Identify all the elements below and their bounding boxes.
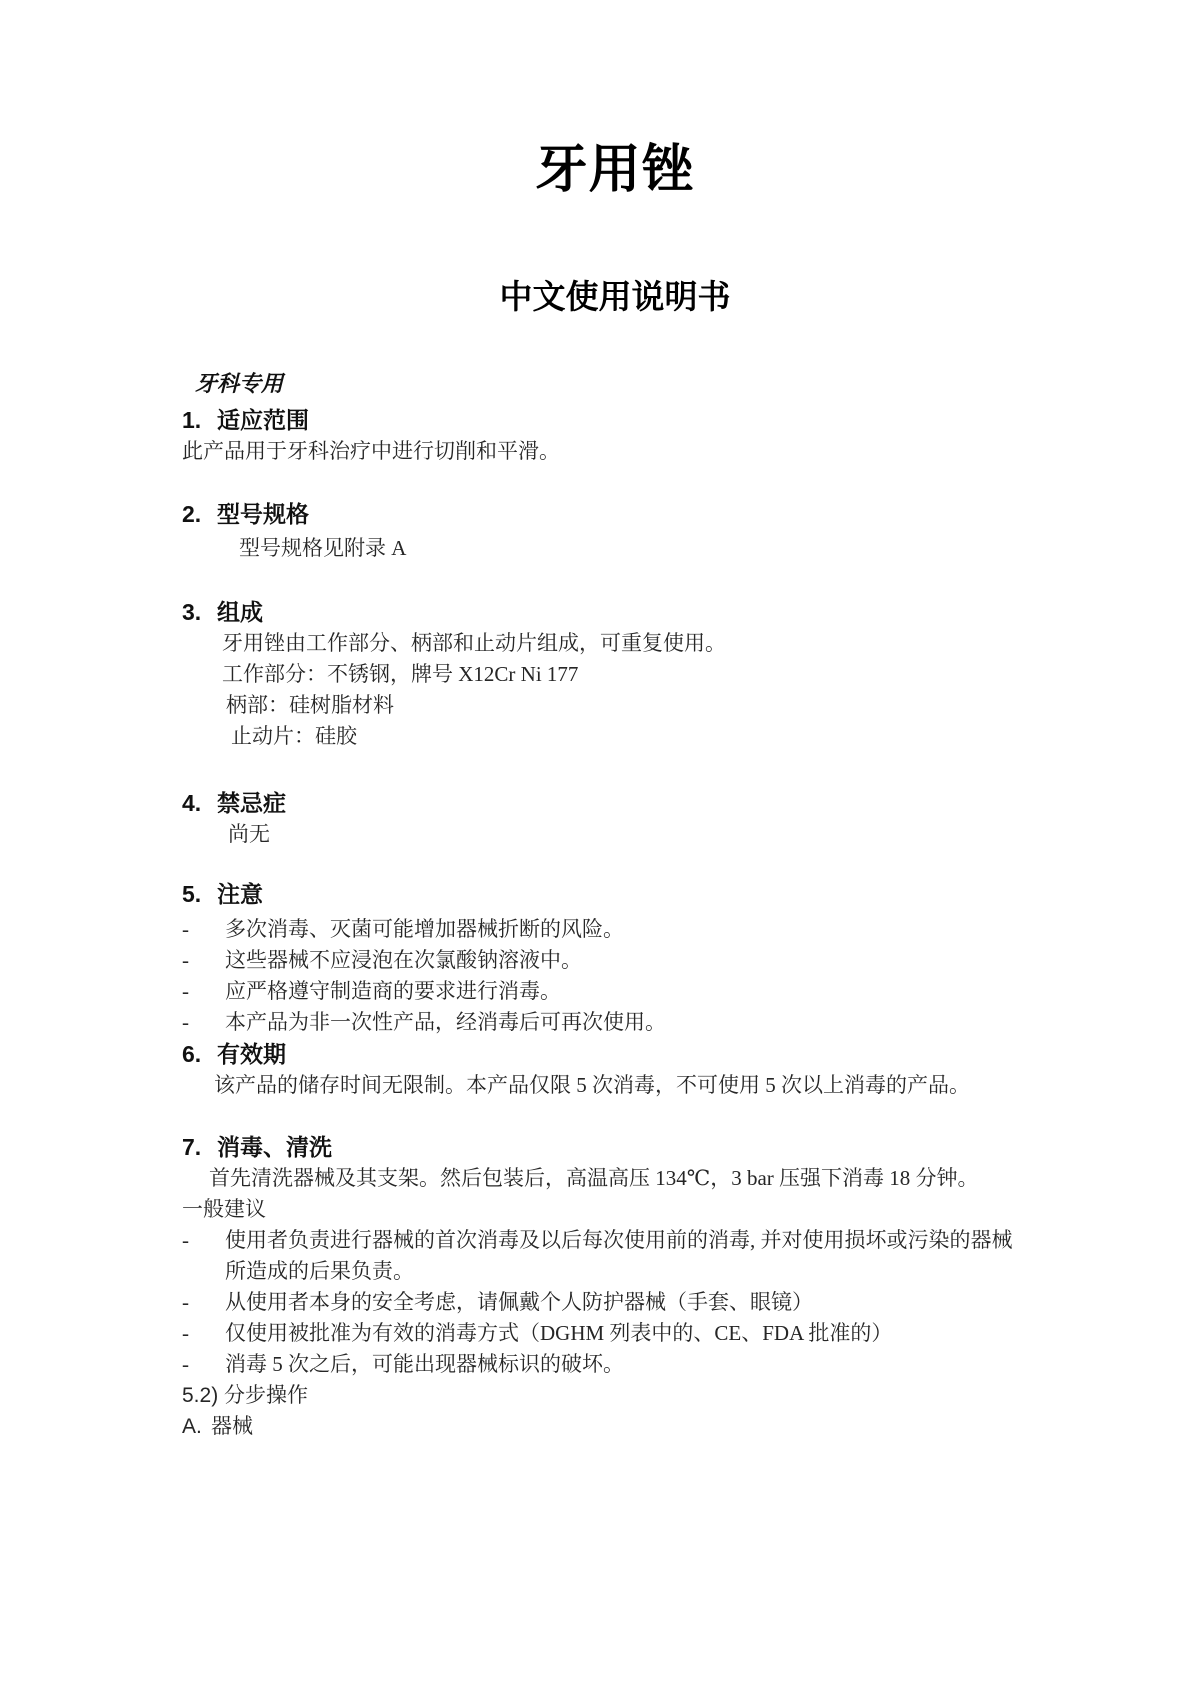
document-page: 牙用锉 中文使用说明书 牙科专用 1. 适应范围 此产品用于牙科治疗中进行切削和… [0, 0, 1200, 1696]
caution-bullet-2-text: 这些器械不应浸泡在次氯酸钠溶液中。 [225, 945, 1048, 976]
section-7-title: 消毒、清洗 [217, 1131, 332, 1163]
step-operation-row: 5.2) 分步操作 [182, 1380, 1048, 1411]
section-3-heading: 3. 组成 [182, 596, 1048, 628]
section-3-line-composition: 牙用锉由工作部分、柄部和止动片组成，可重复使用。 [222, 628, 1048, 659]
bullet-marker: - [182, 1007, 225, 1038]
section-4-heading: 4. 禁忌症 [182, 787, 1048, 819]
section-7-body: 首先清洗器械及其支架。然后包装后，高温高压 134℃，3 bar 压强下消毒 1… [209, 1163, 1048, 1194]
step-operation-number: 5.2) [182, 1380, 224, 1411]
caution-bullet-4-text: 本产品为非一次性产品，经消毒后可再次使用。 [225, 1007, 1048, 1038]
section-2-body: 型号规格见附录 A [239, 533, 1048, 564]
general-bullet-4: - 消毒 5 次之后，可能出现器械标识的破坏。 [182, 1349, 1048, 1380]
doc-title: 牙用锉 [182, 145, 1048, 197]
section-3-number: 3. [182, 596, 217, 628]
general-bullet-2-text: 从使用者本身的安全考虑，请佩戴个人防护器械（手套、眼镜） [225, 1287, 1048, 1318]
section-1-number: 1. [182, 404, 217, 436]
section-5-title: 注意 [217, 878, 263, 910]
device-row: A. 器械 [182, 1411, 1048, 1442]
bullet-marker: - [182, 1287, 225, 1318]
section-5-number: 5. [182, 878, 217, 910]
section-4-title: 禁忌症 [217, 787, 286, 819]
general-bullet-3: - 仅使用被批准为有效的消毒方式（DGHM 列表中的、CE、FDA 批准的） [182, 1318, 1048, 1349]
device-letter: A. [182, 1411, 211, 1442]
caution-bullet-4: - 本产品为非一次性产品，经消毒后可再次使用。 [182, 1007, 1048, 1038]
caution-bullet-3: - 应严格遵守制造商的要求进行消毒。 [182, 976, 1048, 1007]
section-7-number: 7. [182, 1131, 217, 1163]
section-5-heading: 5. 注意 [182, 878, 1048, 910]
doc-subtitle: 中文使用说明书 [182, 277, 1048, 319]
bullet-marker: - [182, 945, 225, 976]
section-2-number: 2. [182, 498, 217, 530]
section-3-line-working-part: 工作部分：不锈钢，牌号 X12Cr Ni 177 [222, 659, 1048, 690]
section-6-number: 6. [182, 1038, 217, 1070]
bullet-marker: - [182, 1349, 225, 1380]
bullet-marker: - [182, 1225, 225, 1256]
bullet-marker: - [182, 914, 225, 945]
general-bullet-1-text: 使用者负责进行器械的首次消毒及以后每次使用前的消毒, 并对使用损坏或污染的器械所… [225, 1225, 1023, 1287]
tagline-dental-use: 牙科专用 [195, 369, 1048, 399]
section-3-title: 组成 [217, 596, 263, 628]
step-operation-label: 分步操作 [224, 1380, 308, 1411]
caution-bullet-3-text: 应严格遵守制造商的要求进行消毒。 [225, 976, 1048, 1007]
general-bullet-3-text: 仅使用被批准为有效的消毒方式（DGHM 列表中的、CE、FDA 批准的） [225, 1318, 1048, 1349]
section-1-title: 适应范围 [217, 404, 309, 436]
general-advice-title: 一般建议 [182, 1194, 1048, 1225]
caution-bullet-2: - 这些器械不应浸泡在次氯酸钠溶液中。 [182, 945, 1048, 976]
section-6-body: 该产品的储存时间无限制。本产品仅限 5 次消毒，不可使用 5 次以上消毒的产品。 [214, 1070, 1048, 1101]
section-4-number: 4. [182, 787, 217, 819]
section-6-heading: 6. 有效期 [182, 1038, 1048, 1070]
doc-content: 牙科专用 1. 适应范围 此产品用于牙科治疗中进行切削和平滑。 2. 型号规格 … [182, 369, 1048, 1442]
bullet-marker: - [182, 1318, 225, 1349]
section-1-heading: 1. 适应范围 [182, 404, 1048, 436]
section-3-line-handle: 柄部：硅树脂材料 [226, 690, 1048, 721]
caution-bullet-1-text: 多次消毒、灭菌可能增加器械折断的风险。 [225, 914, 1048, 945]
section-7-heading: 7. 消毒、清洗 [182, 1131, 1048, 1163]
general-bullet-1: - 使用者负责进行器械的首次消毒及以后每次使用前的消毒, 并对使用损坏或污染的器… [182, 1225, 1048, 1287]
general-bullet-2: - 从使用者本身的安全考虑，请佩戴个人防护器械（手套、眼镜） [182, 1287, 1048, 1318]
section-2-title: 型号规格 [217, 498, 309, 530]
bullet-marker: - [182, 976, 225, 1007]
section-3-line-stopper: 止动片：硅胶 [231, 721, 1048, 752]
section-4-body: 尚无 [228, 819, 1048, 850]
caution-bullet-1: - 多次消毒、灭菌可能增加器械折断的风险。 [182, 914, 1048, 945]
device-label: 器械 [211, 1411, 253, 1442]
section-6-title: 有效期 [217, 1038, 286, 1070]
section-2-heading: 2. 型号规格 [182, 498, 1048, 530]
general-bullet-4-text: 消毒 5 次之后，可能出现器械标识的破坏。 [225, 1349, 1048, 1380]
section-1-body: 此产品用于牙科治疗中进行切削和平滑。 [182, 436, 1048, 467]
